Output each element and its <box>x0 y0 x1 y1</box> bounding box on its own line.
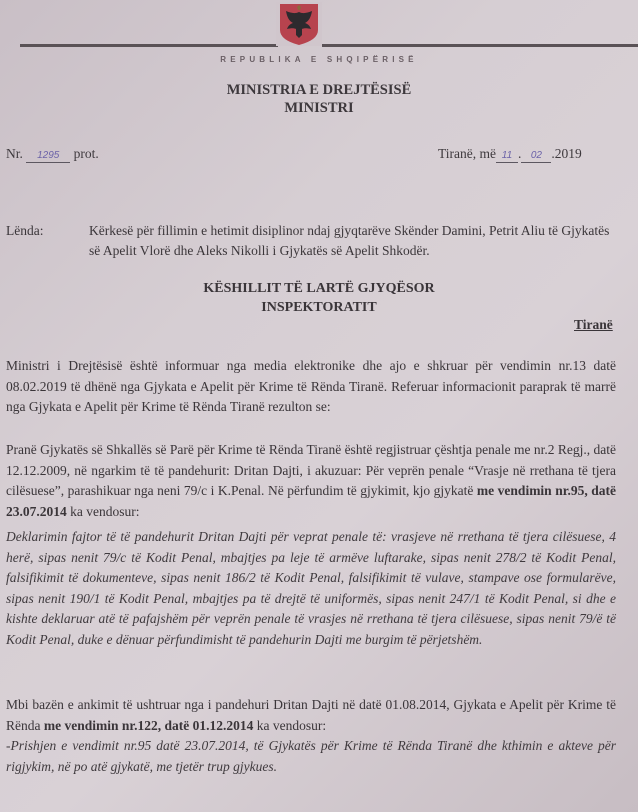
republic-name: REPUBLIKA E SHQIPËRISË <box>0 55 638 64</box>
recipient-council: KËSHILLIT TË LARTË GJYQËSOR <box>0 279 638 298</box>
ministry-name: MINISTRIA E DREJTËSISË <box>0 81 638 99</box>
paragraph-appeal: Mbi bazën e ankimit të ushtruar nga i pa… <box>6 695 616 736</box>
decision-reference: me vendimin nr.122, datë 01.12.2014 <box>44 718 254 733</box>
document-page: REPUBLIKA E SHQIPËRISË MINISTRIA E DREJT… <box>0 0 638 812</box>
subject-label: Lënda: <box>6 221 43 241</box>
protocol-number-value: 1295 <box>26 149 70 163</box>
coat-of-arms-icon <box>276 2 322 46</box>
date-place: Tiranë, më <box>438 146 496 161</box>
paragraph-text-end: ka vendosur: <box>253 718 326 733</box>
ministry-office: MINISTRI <box>0 99 638 117</box>
paragraph-first-instance: Pranë Gjykatës së Shkallës së Parë për K… <box>6 440 616 522</box>
protocol-suffix: prot. <box>74 146 99 161</box>
date-day: 11 <box>496 149 518 163</box>
header-rule-left <box>20 44 278 47</box>
ministry-heading: MINISTRIA E DREJTËSISË MINISTRI <box>0 81 638 117</box>
header-rule-right <box>322 44 638 47</box>
paragraph-intro: Ministri i Drejtësisë është informuar ng… <box>6 356 616 418</box>
paragraph-appeal-decision: -Prishjen e vendimit nr.95 datë 23.07.20… <box>6 736 616 777</box>
recipient-city: Tiranë <box>574 317 613 333</box>
date-year: .2019 <box>551 146 581 161</box>
recipient-heading: KËSHILLIT TË LARTË GJYQËSOR INSPEKTORATI… <box>0 279 638 317</box>
protocol-number: Nr. 1295 prot. <box>6 146 99 163</box>
subject-block: Lënda: Kërkesë për fillimin e hetimit di… <box>6 221 616 261</box>
paragraph-verdict-quote: Deklarimin fajtor të të pandehurit Drita… <box>6 527 616 651</box>
paragraph-text-end: ka vendosur: <box>67 504 140 519</box>
document-date: Tiranë, më11.02.2019 <box>438 146 582 163</box>
date-month: 02 <box>521 149 551 163</box>
protocol-prefix: Nr. <box>6 146 23 161</box>
subject-text: Kërkesë për fillimin e hetimit disiplino… <box>89 221 616 261</box>
recipient-inspectorate: INSPEKTORATIT <box>0 298 638 317</box>
